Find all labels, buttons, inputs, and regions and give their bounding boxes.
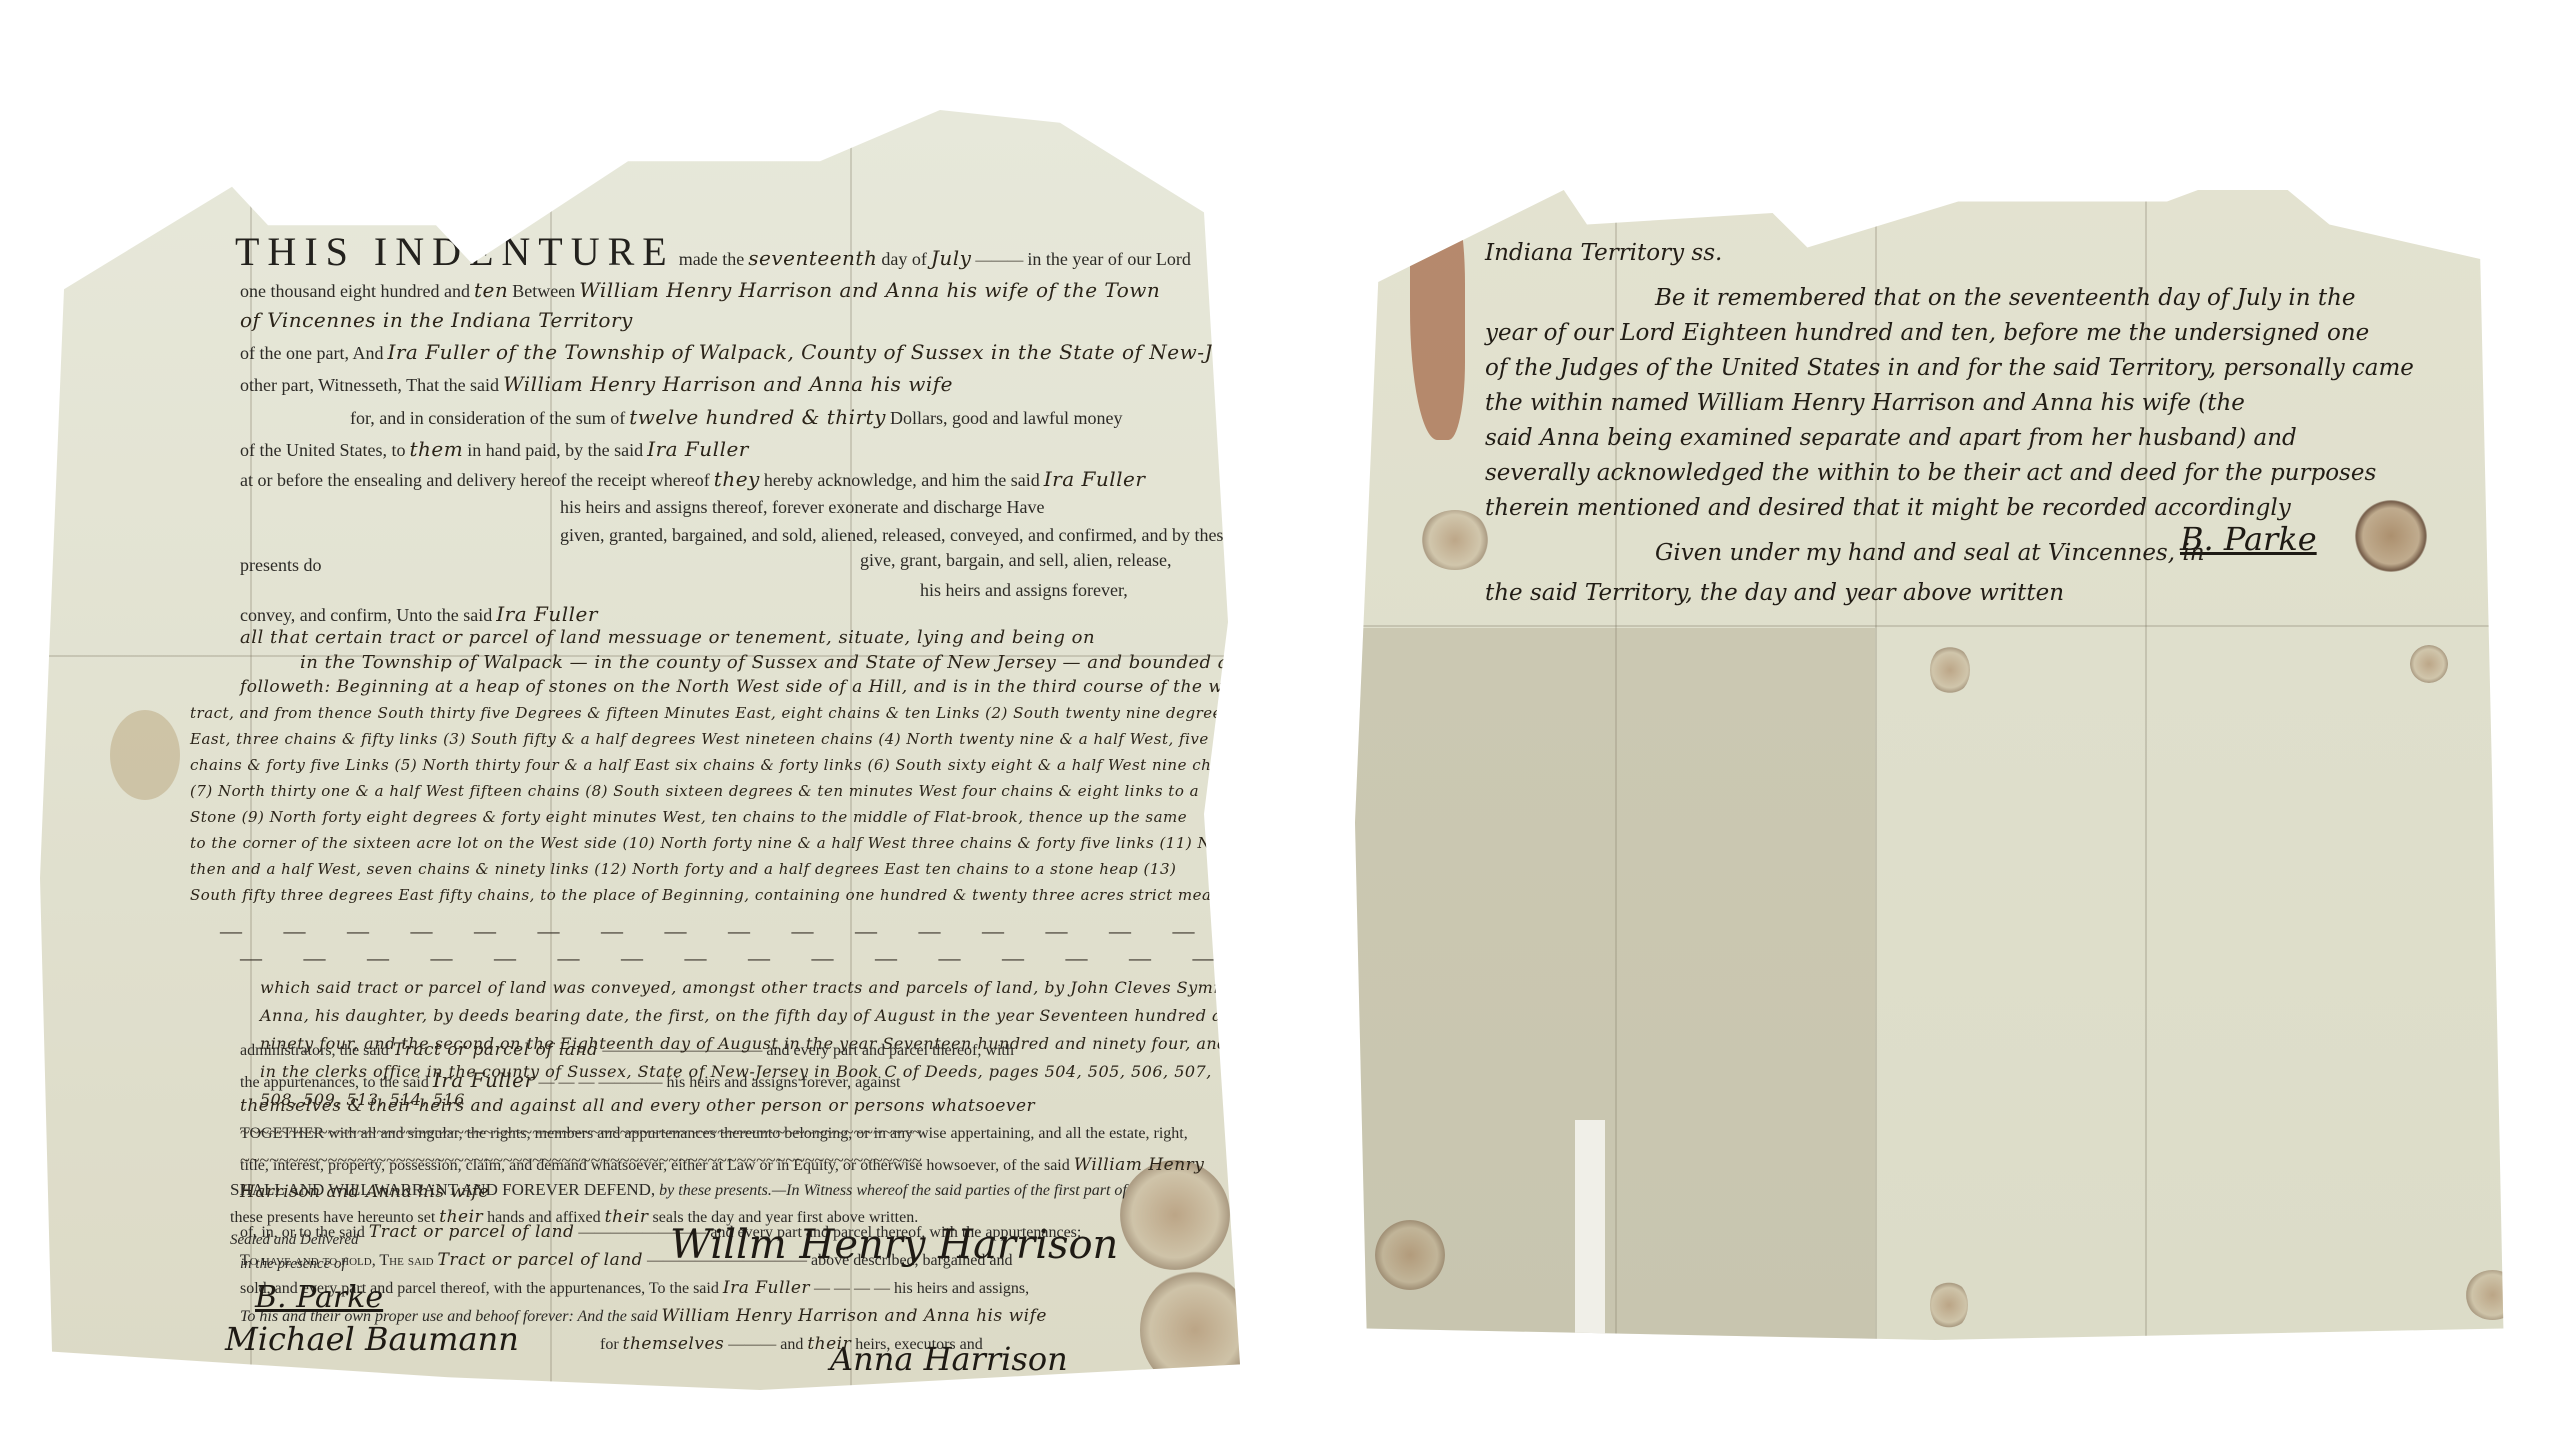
text-line: at or before the ensealing and delivery … [240, 467, 1145, 491]
text-line: convey, and confirm, Unto the said Ira F… [240, 602, 598, 626]
fold-line [1355, 625, 2515, 627]
text-line: other part, Witnesseth, That the said Wi… [240, 372, 953, 396]
paper-repair-strip [1575, 1120, 1605, 1340]
text-line: presents do [240, 555, 321, 576]
glue-spot [2410, 645, 2448, 683]
heading-line: THIS INDENTURE made the seventeenth day … [235, 228, 1191, 275]
wax-seal [2355, 500, 2427, 572]
acknowledgment-document: Indiana Territory ss. Be it remembered t… [1355, 190, 2515, 1340]
rust-stain [1410, 190, 1465, 440]
text-line: give, grant, bargain, and sell, alien, r… [860, 550, 1172, 571]
text-line: one thousand eight hundred and ten Betwe… [240, 278, 1160, 302]
text-line: of the one part, And Ira Fuller of the T… [240, 340, 1240, 364]
text-line: for, and in consideration of the sum of … [350, 405, 1122, 429]
fold-line [850, 110, 852, 1390]
text-line: of the United States, to them in hand pa… [240, 437, 749, 461]
wax-seal-impression [1120, 1160, 1230, 1270]
indenture-title: THIS INDENTURE [235, 229, 675, 274]
wax-seal-impression [1140, 1270, 1240, 1390]
glue-spot [1930, 1280, 1968, 1330]
seal-residue [1420, 510, 1490, 570]
glue-spot [1930, 645, 1970, 695]
text-line: of Vincennes in the Indiana Territory [240, 308, 633, 332]
venue-heading: Indiana Territory ss. [1485, 240, 1722, 266]
text-line: his heirs and assigns forever, [920, 580, 1128, 601]
text-line: his heirs and assigns thereof, forever e… [560, 497, 1044, 518]
water-stain [110, 710, 180, 800]
stain [1375, 1220, 1445, 1290]
text-line: given, granted, bargained, and sold, ali… [560, 525, 1231, 546]
glue-spot [2465, 1270, 2515, 1320]
fold-line [550, 110, 552, 1390]
signature-parke: B. Parke [2180, 520, 2317, 558]
indenture-document: THIS INDENTURE made the seventeenth day … [40, 110, 1240, 1390]
